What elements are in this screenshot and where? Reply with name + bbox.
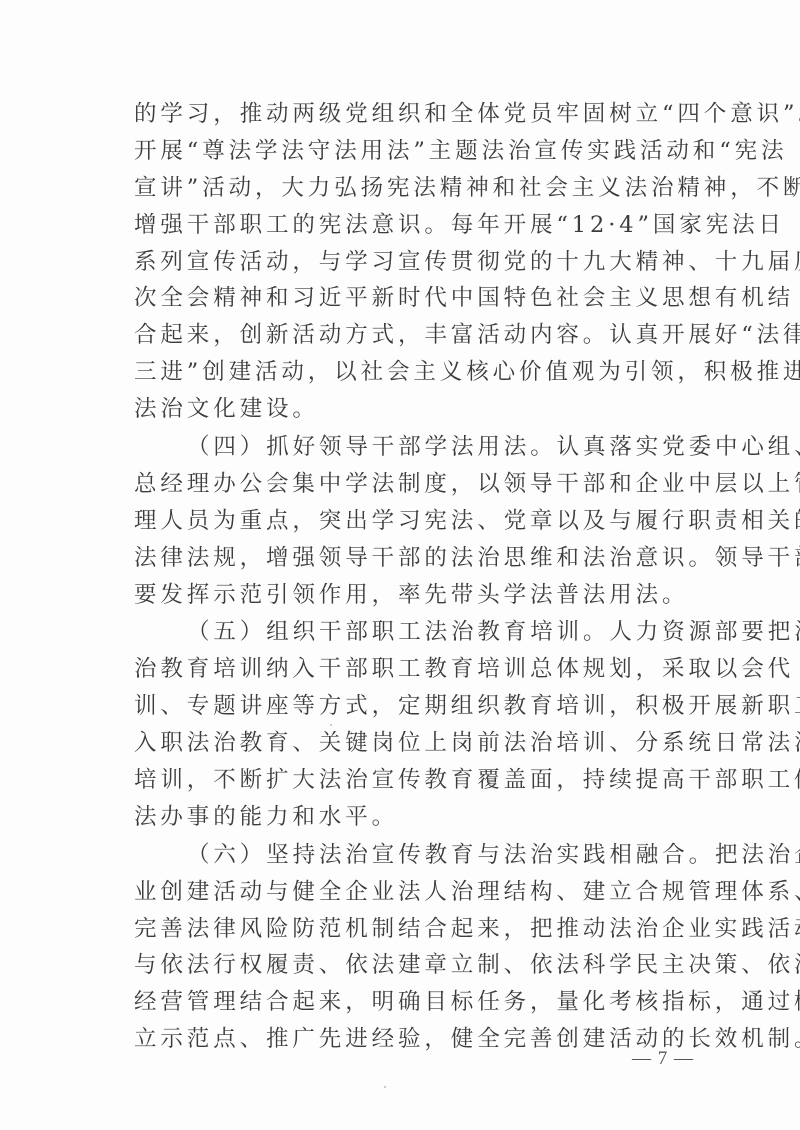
text-line: 与依法行权履责、依法建章立制、依法科学民主决策、依法 (134, 947, 694, 984)
text-line: 要发挥示范引领作用，率先带头学法普法用法。 (134, 577, 694, 614)
text-line: 总经理办公会集中学法制度，以领导干部和企业中层以上管 (134, 466, 694, 503)
scan-speck (384, 1086, 386, 1088)
text-line: 入职法治教育、关键岗位上岗前法治培训、分系统日常法治 (134, 725, 694, 762)
text-line: 合起来，创新活动方式，丰富活动内容。认真开展好“法律 (134, 317, 694, 354)
paragraph-section-6: （六）坚持法治宣传教育与法治实践相融合。把法治企 业创建活动与健全企业法人治理结… (134, 837, 694, 1058)
document-page: 的学习，推动两级党组织和全体党员牢固树立“四个意识”。 开展“尊法学法守法用法”… (0, 0, 800, 1130)
text-line: 法律法规，增强领导干部的法治思维和法治意识。领导干部 (134, 540, 694, 577)
text-line: 法办事的能力和水平。 (134, 799, 694, 836)
paragraph-continued: 的学习，推动两级党组织和全体党员牢固树立“四个意识”。 开展“尊法学法守法用法”… (134, 96, 694, 428)
section-heading-line: （六）坚持法治宣传教育与法治实践相融合。把法治企 (134, 837, 694, 874)
text-line: 系列宣传活动，与学习宣传贯彻党的十九大精神、十九届历 (134, 244, 694, 281)
section-heading-line: （五）组织干部职工法治教育培训。人力资源部要把法 (134, 614, 694, 651)
paragraph-section-5: （五）组织干部职工法治教育培训。人力资源部要把法 治教育培训纳入干部职工教育培训… (134, 614, 694, 835)
text-line: 治教育培训纳入干部职工教育培训总体规划，采取以会代 (134, 651, 694, 688)
page-number: — 7 — (632, 1048, 694, 1070)
text-line: 业创建活动与健全企业法人治理结构、建立合规管理体系、 (134, 874, 694, 911)
paragraph-section-4: （四）抓好领导干部学法用法。认真落实党委中心组、 总经理办公会集中学法制度，以领… (134, 429, 694, 613)
text-line: 经营管理结合起来，明确目标任务，量化考核指标，通过树 (134, 984, 694, 1021)
text-line: 三进”创建活动，以社会主义核心价值观为引领，积极推进 (134, 354, 694, 391)
text-line: 完善法律风险防范机制结合起来，把推动法治企业实践活动 (134, 911, 694, 948)
text-line: 立示范点、推广先进经验，健全完善创建活动的长效机制。 (134, 1021, 694, 1058)
text-line: 的学习，推动两级党组织和全体党员牢固树立“四个意识”。 (134, 96, 694, 133)
text-line: 培训，不断扩大法治宣传教育覆盖面，持续提高干部职工依 (134, 762, 694, 799)
text-line: 理人员为重点，突出学习宪法、党章以及与履行职责相关的 (134, 503, 694, 540)
document-body: 的学习，推动两级党组织和全体党员牢固树立“四个意识”。 开展“尊法学法守法用法”… (134, 96, 694, 1058)
section-heading-line: （四）抓好领导干部学法用法。认真落实党委中心组、 (134, 429, 694, 466)
text-line: 宣讲”活动，大力弘扬宪法精神和社会主义法治精神，不断 (134, 170, 694, 207)
text-line: 次全会精神和习近平新时代中国特色社会主义思想有机结 (134, 280, 694, 317)
text-line: 法治文化建设。 (134, 391, 694, 428)
text-line: 训、专题讲座等方式，定期组织教育培训，积极开展新职工 (134, 688, 694, 725)
text-line: 增强干部职工的宪法意识。每年开展“12·4”国家宪法日 (134, 207, 694, 244)
scan-speck (330, 724, 332, 726)
text-line: 开展“尊法学法守法用法”主题法治宣传实践活动和“宪法 (134, 133, 694, 170)
